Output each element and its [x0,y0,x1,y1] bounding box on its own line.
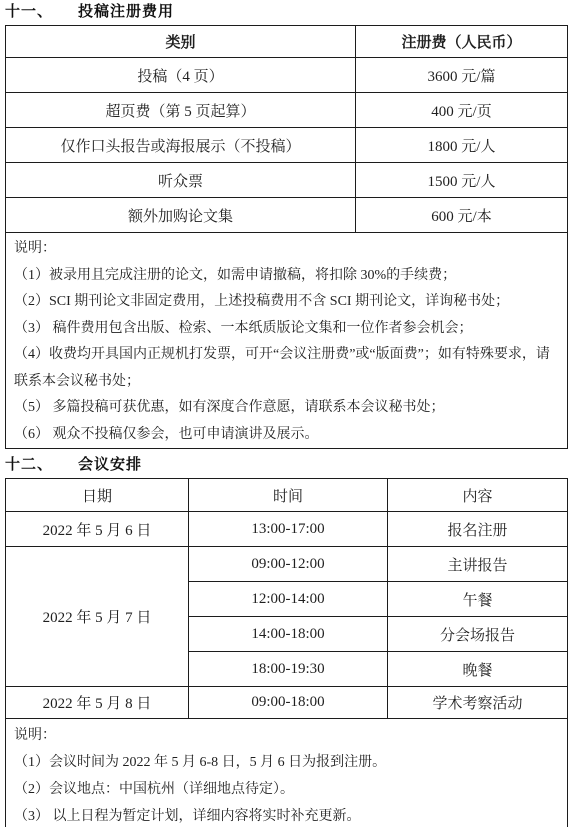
section-12-number: 十二、 [5,456,78,474]
schedule-content-cell: 晚餐 [388,652,568,687]
fee-category-cell: 超页费（第 5 页起算） [6,93,356,128]
fee-category-cell: 听众票 [6,163,356,198]
section-11-number: 十一、 [5,3,78,21]
schedule-content-cell: 主讲报告 [388,547,568,582]
schedule-row: 2022 年 5 月 6 日 13:00-17:00 报名注册 [6,512,568,547]
fee-header-fee: 注册费（人民币） [356,26,568,58]
note-item-3: （3） 以上日程为暂定计划，详细内容将实时补充更新。 [14,803,559,827]
schedule-time-cell: 12:00-14:00 [189,582,388,617]
fee-table-header-row: 类别 注册费（人民币） [6,26,568,58]
schedule-time-cell: 13:00-17:00 [189,512,388,547]
fee-amount-cell: 600 元/本 [356,198,568,233]
section-11-title: 投稿注册费用 [78,3,174,20]
schedule-date-cell: 2022 年 5 月 7 日 [6,547,189,687]
schedule-notes-row: 说明： （1）会议时间为 2022 年 5 月 6-8 日，5 月 6 日为报到… [6,719,568,827]
fee-table-row: 投稿（4 页） 3600 元/篇 [6,58,568,93]
schedule-header-content: 内容 [388,479,568,512]
fee-notes: 说明： （1）被录用且完成注册的论文，如需申请撤稿，将扣除 30%的手续费； （… [6,233,568,449]
schedule-time-cell: 18:00-19:30 [189,652,388,687]
note-item-3: （3） 稿件费用包含出版、检索、一本纸质版论文集和一位作者参会机会； [14,316,559,343]
notes-label: 说明： [14,236,559,263]
section-12-title: 会议安排 [78,456,142,473]
fee-header-category: 类别 [6,26,356,58]
notes-label: 说明： [14,722,559,749]
note-item-6: （6） 观众不投稿仅参会，也可申请演讲及展示。 [14,422,559,449]
schedule-header-date: 日期 [6,479,189,512]
schedule-notes: 说明： （1）会议时间为 2022 年 5 月 6-8 日，5 月 6 日为报到… [6,719,568,827]
fee-category-cell: 投稿（4 页） [6,58,356,93]
schedule-row: 2022 年 5 月 8 日 09:00-18:00 学术考察活动 [6,687,568,719]
schedule-content-cell: 午餐 [388,582,568,617]
fee-amount-cell: 3600 元/篇 [356,58,568,93]
document-page: 十一、投稿注册费用 类别 注册费（人民币） 投稿（4 页） 3600 元/篇 超… [0,0,567,827]
fee-category-cell: 额外加购论文集 [6,198,356,233]
section-11-heading: 十一、投稿注册费用 [5,3,567,21]
note-item-2: （2）会议地点：中国杭州（详细地点待定）。 [14,776,559,803]
note-item-1: （1）被录用且完成注册的论文，如需申请撤稿，将扣除 30%的手续费； [14,263,559,290]
fee-table-row: 听众票 1500 元/人 [6,163,568,198]
fee-amount-cell: 400 元/页 [356,93,568,128]
fee-category-cell: 仅作口头报告或海报展示（不投稿） [6,128,356,163]
schedule-time-cell: 09:00-18:00 [189,687,388,719]
schedule-date-cell: 2022 年 5 月 6 日 [6,512,189,547]
note-item-4: （4）收费均开具国内正规机打发票，可开“会议注册费”或“版面费”；如有特殊要求，… [14,342,559,395]
fee-amount-cell: 1500 元/人 [356,163,568,198]
fee-table: 类别 注册费（人民币） 投稿（4 页） 3600 元/篇 超页费（第 5 页起算… [5,25,568,449]
schedule-content-cell: 分会场报告 [388,617,568,652]
schedule-header-time: 时间 [189,479,388,512]
schedule-header-row: 日期 时间 内容 [6,479,568,512]
schedule-time-cell: 14:00-18:00 [189,617,388,652]
note-item-2: （2）SCI 期刊论文非固定费用，上述投稿费用不含 SCI 期刊论文，详询秘书处… [14,289,559,316]
section-12-heading: 十二、会议安排 [5,456,567,474]
note-item-1: （1）会议时间为 2022 年 5 月 6-8 日，5 月 6 日为报到注册。 [14,749,559,776]
note-item-5: （5） 多篇投稿可获优惠，如有深度合作意愿，请联系本会议秘书处； [14,395,559,422]
schedule-table: 日期 时间 内容 2022 年 5 月 6 日 13:00-17:00 报名注册… [5,478,568,827]
schedule-date-cell: 2022 年 5 月 8 日 [6,687,189,719]
schedule-time-cell: 09:00-12:00 [189,547,388,582]
schedule-content-cell: 报名注册 [388,512,568,547]
fee-amount-cell: 1800 元/人 [356,128,568,163]
fee-table-row: 超页费（第 5 页起算） 400 元/页 [6,93,568,128]
fee-table-row: 额外加购论文集 600 元/本 [6,198,568,233]
schedule-content-cell: 学术考察活动 [388,687,568,719]
schedule-row: 2022 年 5 月 7 日 09:00-12:00 主讲报告 [6,547,568,582]
fee-table-row: 仅作口头报告或海报展示（不投稿） 1800 元/人 [6,128,568,163]
fee-notes-row: 说明： （1）被录用且完成注册的论文，如需申请撤稿，将扣除 30%的手续费； （… [6,233,568,449]
